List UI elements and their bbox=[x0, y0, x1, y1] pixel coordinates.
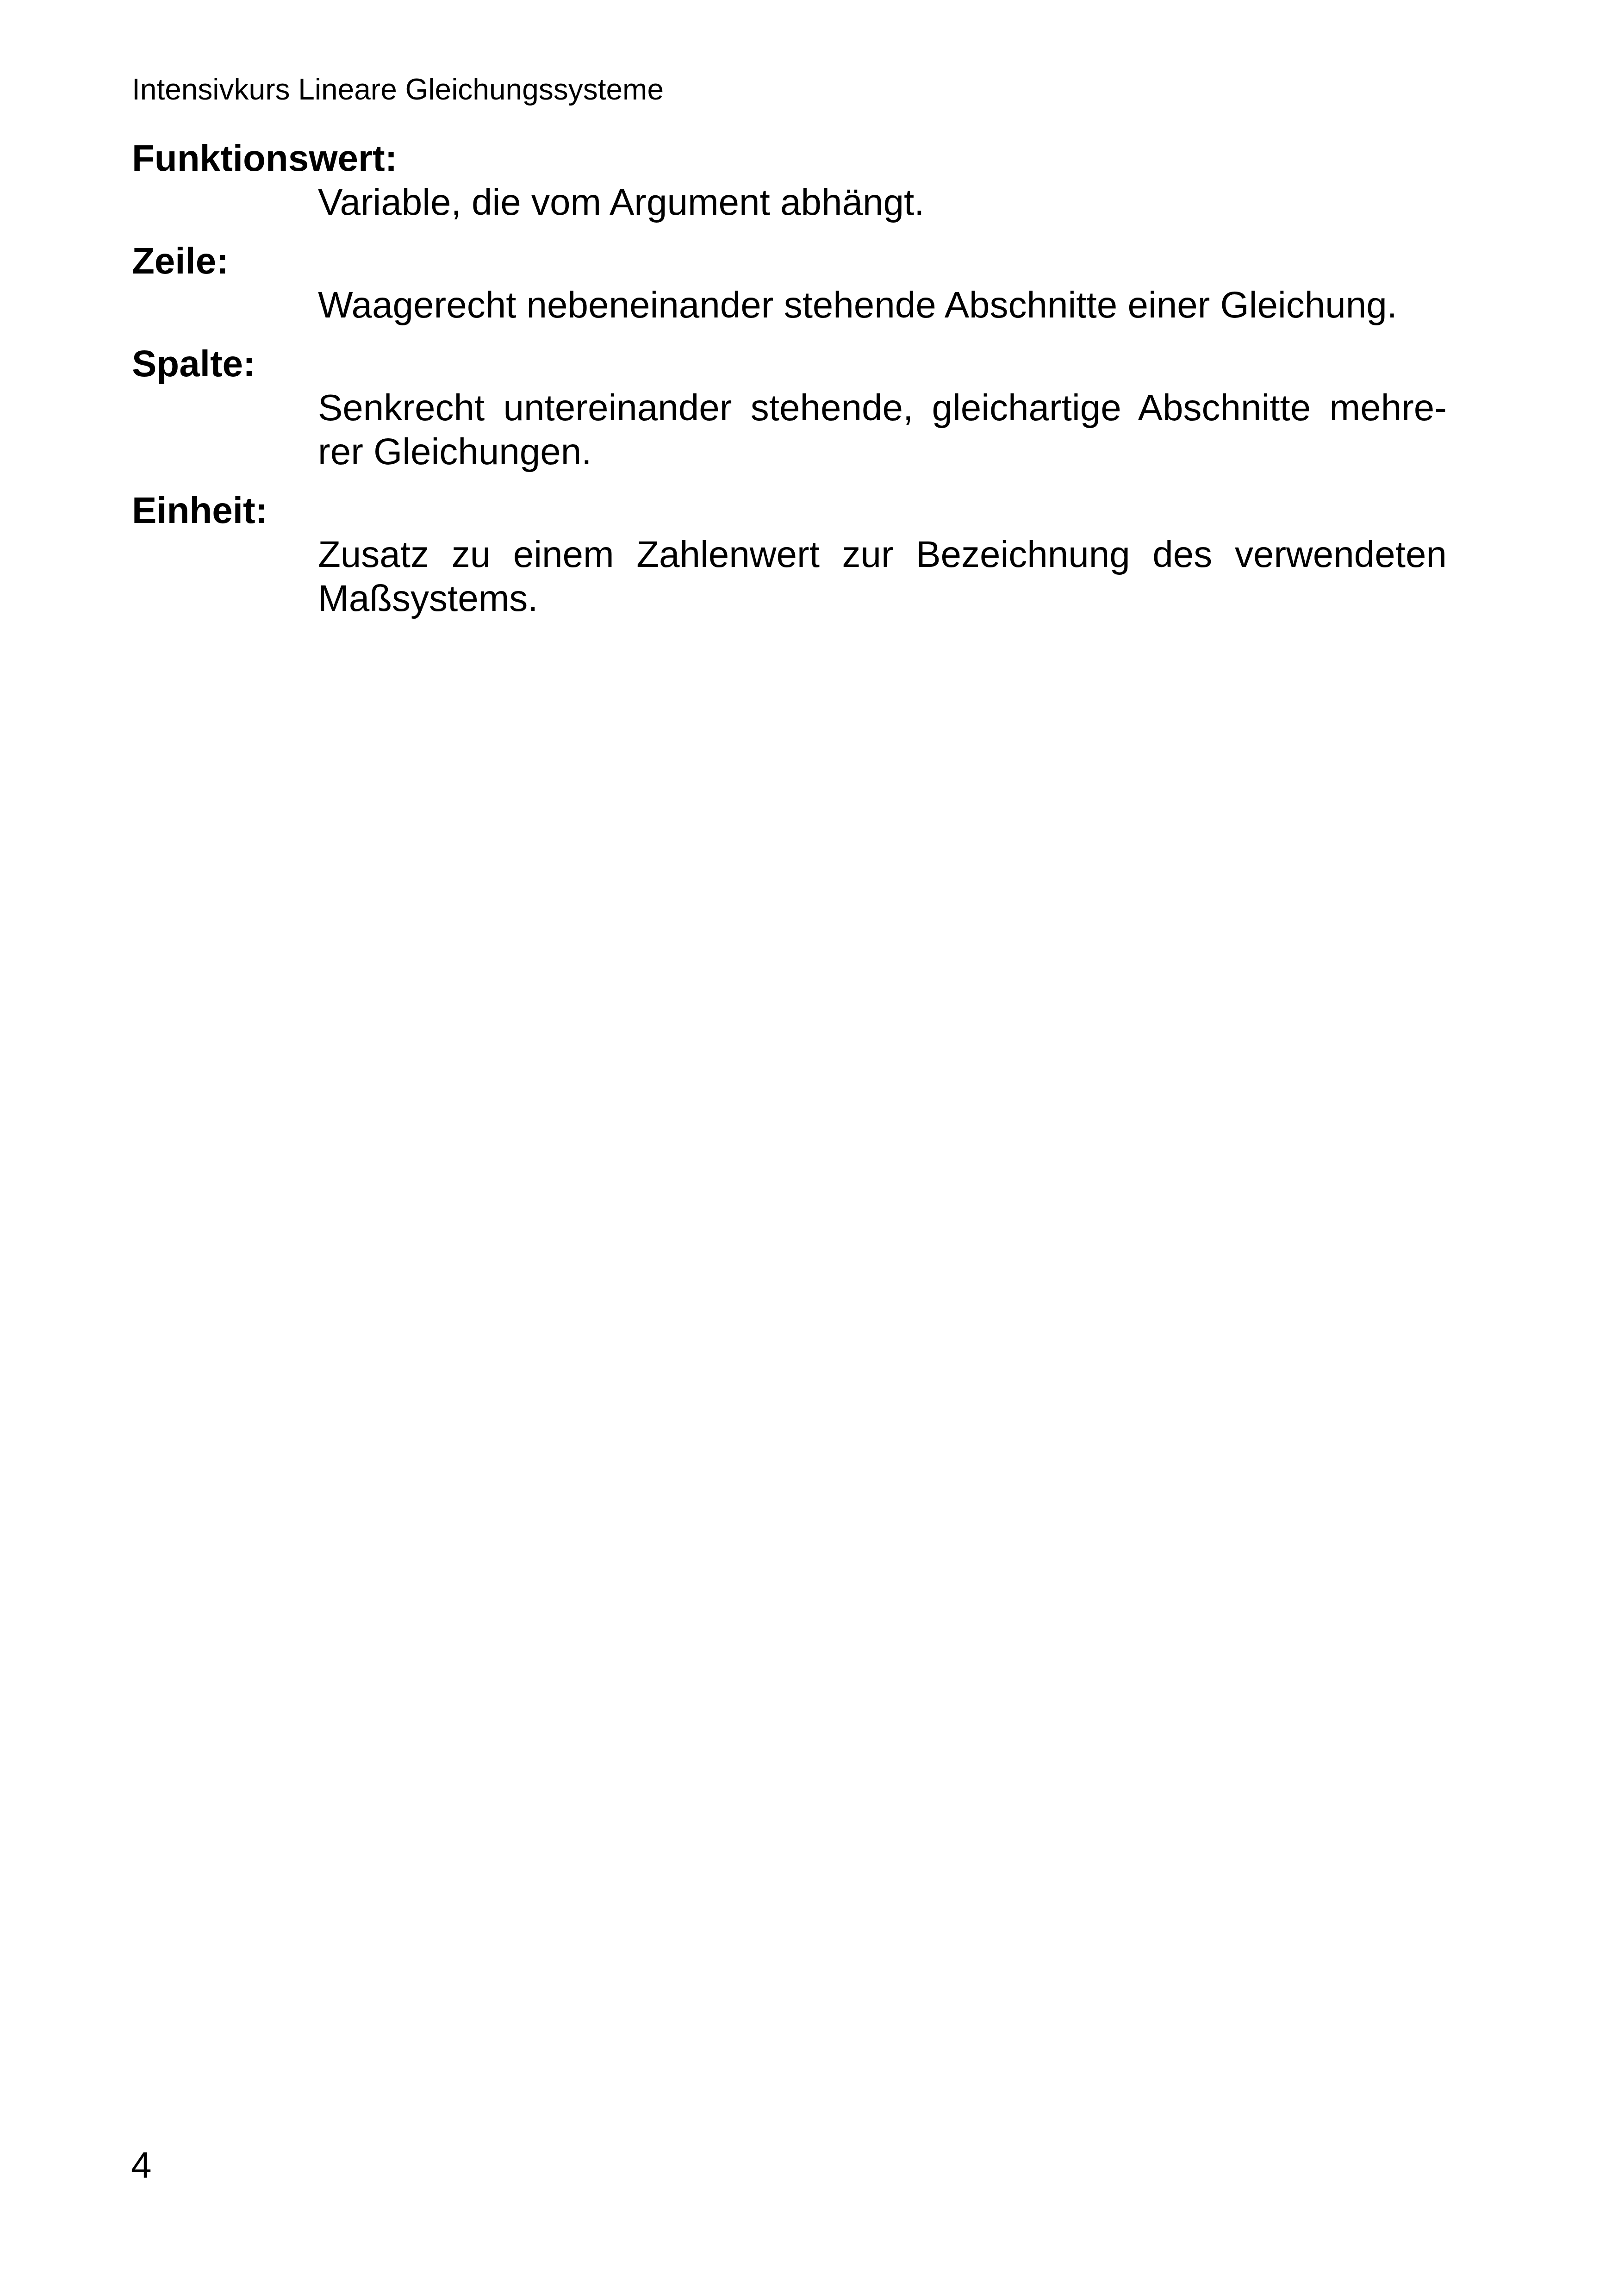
glossary-term: Spalte: bbox=[132, 342, 1447, 386]
definition-line: Senkrecht untereinander stehende, gleich… bbox=[318, 386, 1447, 429]
glossary-entry-einheit: Einheit: Zusatz zu einem Zahlenwert zur … bbox=[132, 488, 1447, 620]
glossary-entry-spalte: Spalte: Senkrecht untereinander stehende… bbox=[132, 342, 1447, 473]
running-header: Intensivkurs Lineare Gleichungssysteme bbox=[132, 72, 664, 106]
definition-line: Variable, die vom Argument abhängt. bbox=[318, 180, 1447, 224]
glossary-entry-funktionswert: Funktionswert: Variable, die vom Argumen… bbox=[132, 136, 1447, 224]
definition-line: Zusatz zu einem Zahlenwert zur Bezeichnu… bbox=[318, 532, 1447, 576]
glossary-term: Zeile: bbox=[132, 239, 1447, 283]
definition-line: Waagerecht nebeneinander stehende Abschn… bbox=[318, 283, 1447, 327]
glossary-definition: Senkrecht untereinander stehende, gleich… bbox=[318, 386, 1447, 473]
definition-line: Maßsystems. bbox=[318, 576, 1447, 620]
glossary-entry-zeile: Zeile: Waagerecht nebeneinander stehende… bbox=[132, 239, 1447, 327]
glossary-list: Funktionswert: Variable, die vom Argumen… bbox=[132, 136, 1447, 635]
glossary-definition: Waagerecht nebeneinander stehende Abschn… bbox=[318, 283, 1447, 327]
page-number: 4 bbox=[131, 2143, 152, 2187]
glossary-term: Funktionswert: bbox=[132, 136, 1447, 180]
definition-line: rer Gleichungen. bbox=[318, 429, 1447, 473]
glossary-term: Einheit: bbox=[132, 488, 1447, 532]
glossary-definition: Variable, die vom Argument abhängt. bbox=[318, 180, 1447, 224]
glossary-definition: Zusatz zu einem Zahlenwert zur Bezeichnu… bbox=[318, 532, 1447, 620]
